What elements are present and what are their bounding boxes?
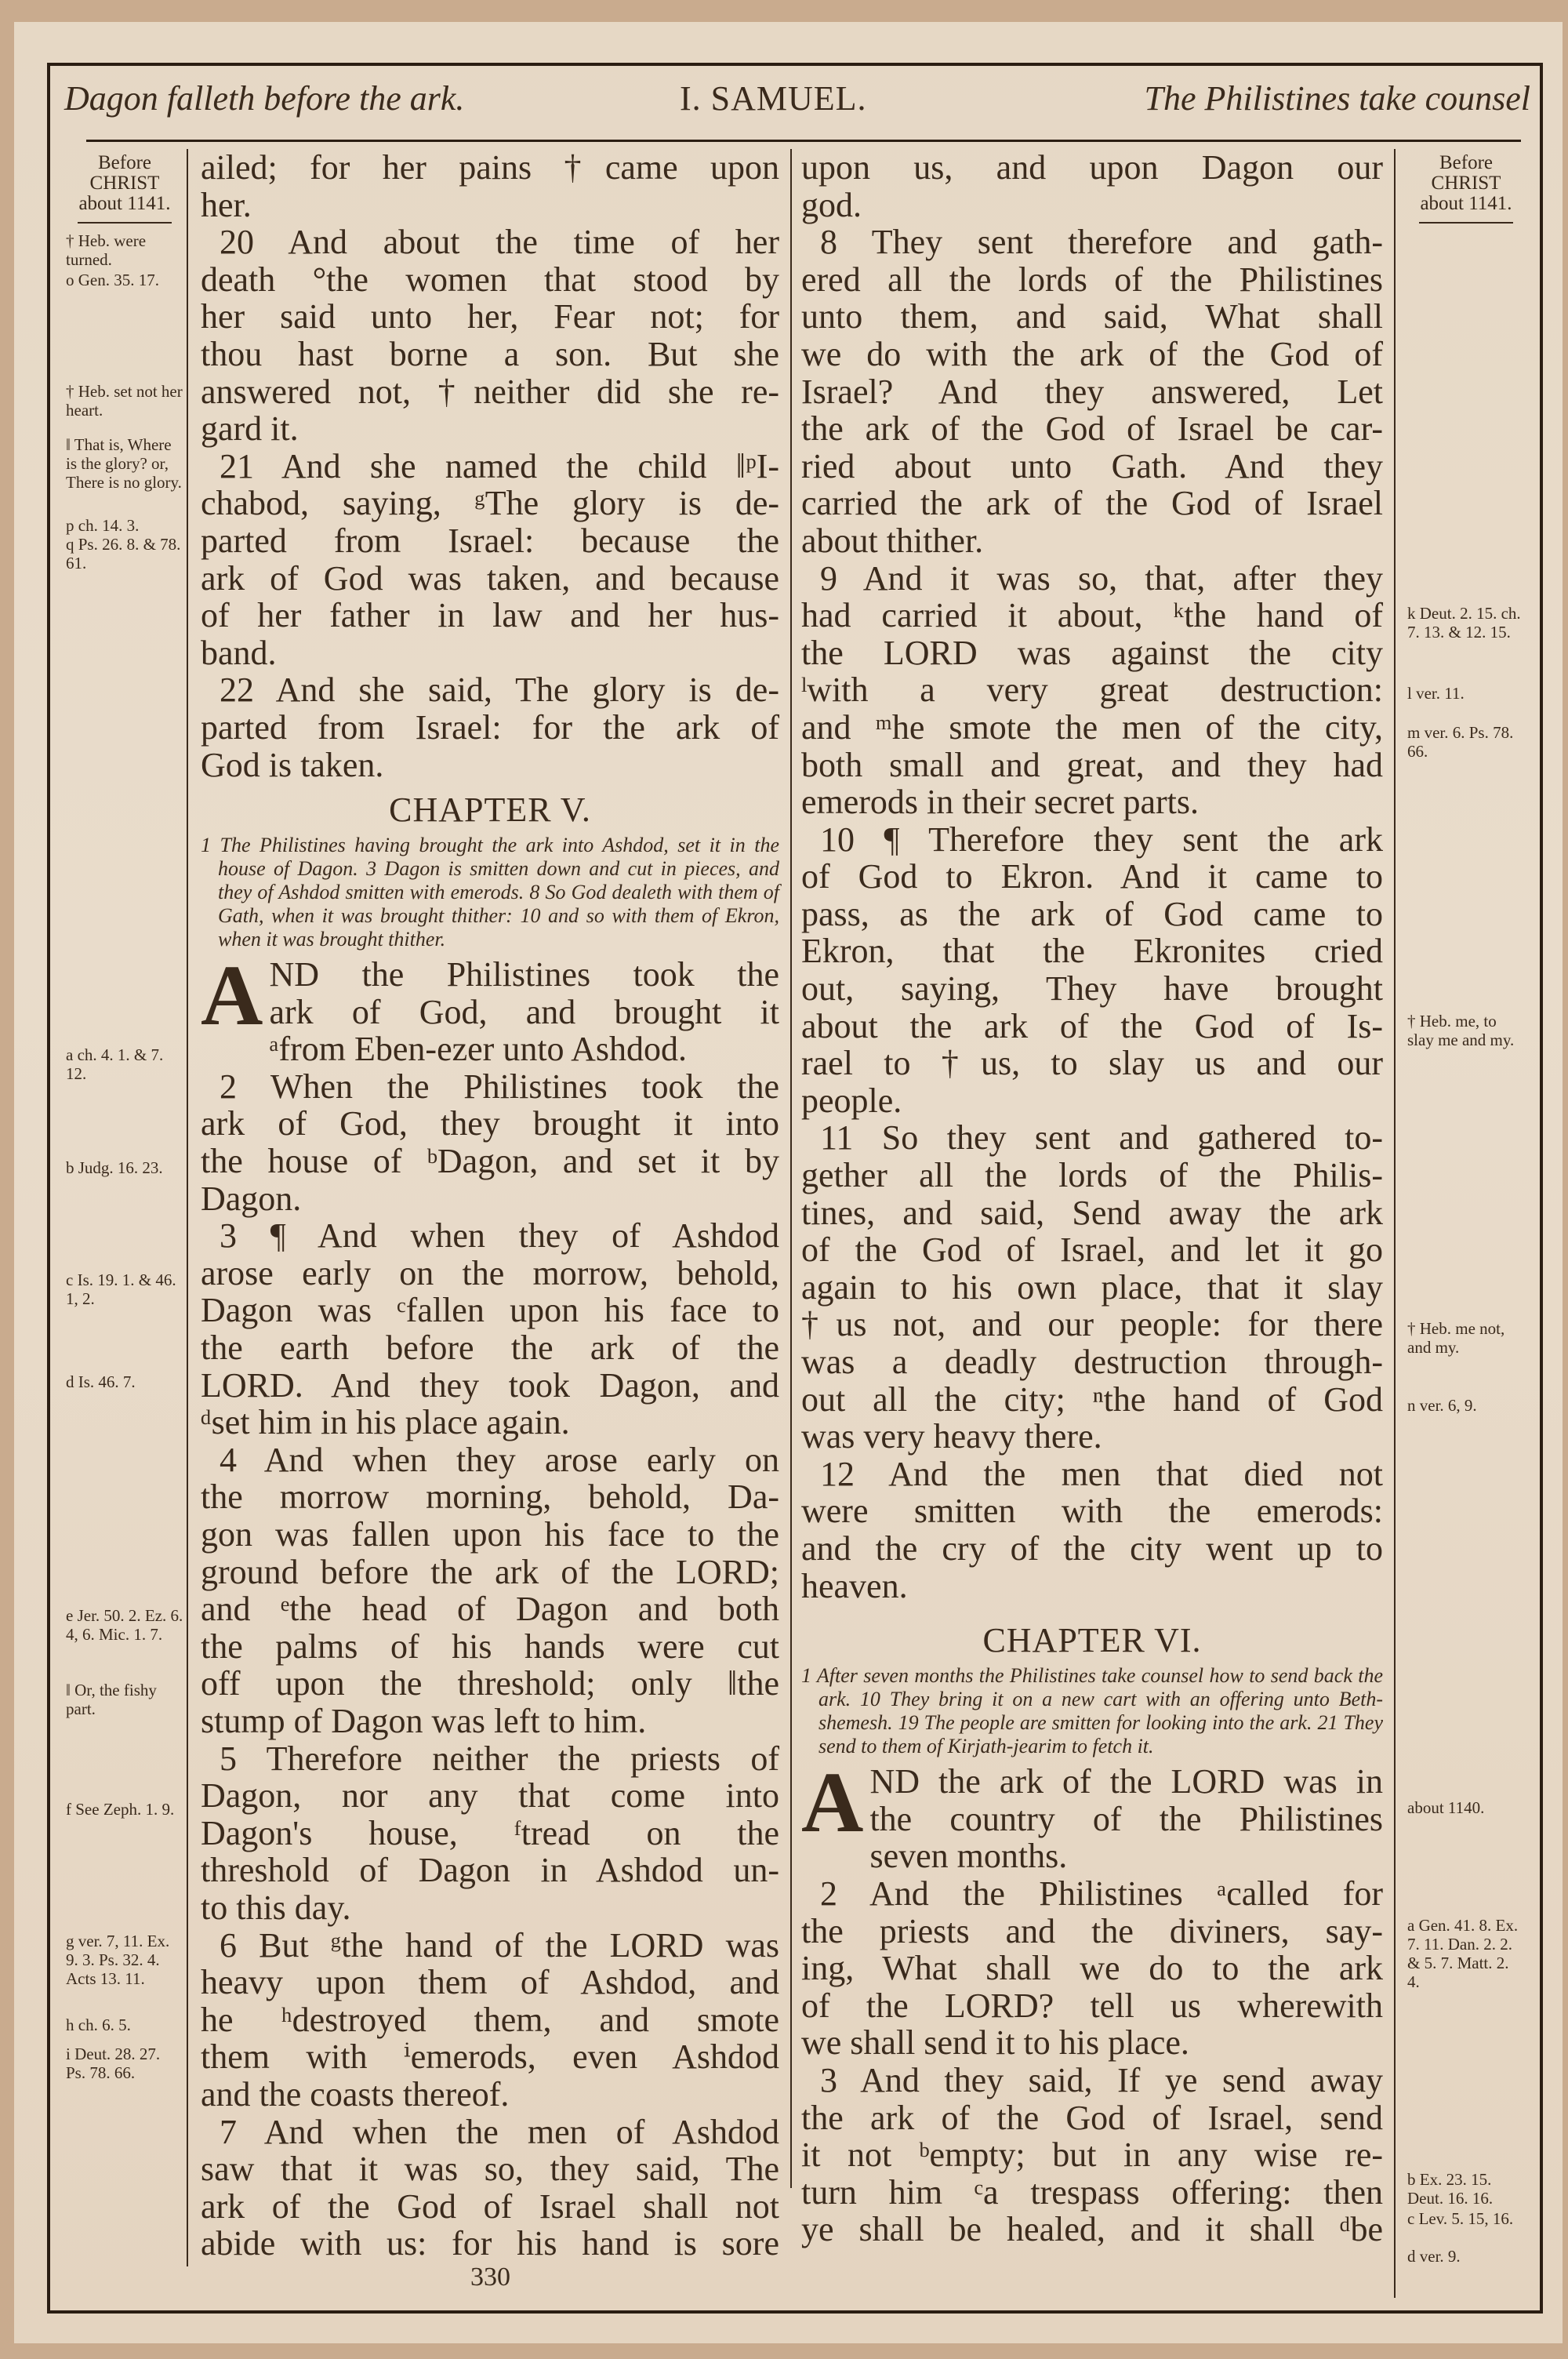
text-line: 5 Therefore neither the priests of <box>201 1740 779 1778</box>
text-line: gard it. <box>201 410 779 448</box>
text-line: 8 They sent therefore and gath- <box>801 224 1383 261</box>
text-line: off upon the threshold; only ‖the <box>201 1665 779 1703</box>
verse-lines: upon us, and upon Dagon ourgod.8 They se… <box>801 149 1383 1605</box>
text-line: 2 When the Philistines took the <box>201 1068 779 1106</box>
text-line: again to his own place, that it slay <box>801 1269 1383 1307</box>
text-line: †us not, and our people: for there <box>801 1306 1383 1343</box>
text-line: ᵈset him in his place again. <box>201 1404 779 1441</box>
margin-note: † Heb. me, to slay me and my. <box>1407 1012 1525 1049</box>
text-line: Dagon was ᶜfallen upon his face to <box>201 1292 779 1329</box>
text-line: parted from Israel: for the ark of <box>201 709 779 747</box>
margin-note: c Lev. 5. 15, 16. <box>1407 2209 1525 2228</box>
text-line: of her father in law and her hus- <box>201 597 779 634</box>
text-line: the morrow morning, behold, Da- <box>201 1478 779 1516</box>
page-number: 330 <box>470 2263 510 2292</box>
text-line: the ark of the God of Israel, send <box>801 2099 1383 2137</box>
text-line: we shall send it to his place. <box>801 2024 1383 2062</box>
date-christ: CHRIST <box>66 173 183 194</box>
text-line: out, saying, They have brought <box>801 970 1383 1008</box>
margin-note: a ch. 4. 1. & 7. 12. <box>66 1045 183 1083</box>
date-year: about 1141. <box>66 194 183 214</box>
text-line: we do with the ark of the God of <box>801 336 1383 373</box>
text-line: death °the women that stood by <box>201 261 779 299</box>
text-line: Dagon's house, ᶠtread on the <box>201 1815 779 1852</box>
text-line: Israel? And they answered, Let <box>801 373 1383 411</box>
text-line: and ᵐhe smote the men of the city, <box>801 709 1383 747</box>
book-title: I. SAMUEL. <box>680 75 867 122</box>
text-line: it not ᵇempty; but in any wise re- <box>801 2136 1383 2174</box>
margin-note: a Gen. 41. 8. Ex. 7. 11. Dan. 2. 2. & 5.… <box>1407 1916 1525 1991</box>
text-line: unto them, and said, What shall <box>801 298 1383 336</box>
text-line: heaven. <box>801 1568 1383 1605</box>
text-line: tines, and said, Send away the ark <box>801 1194 1383 1232</box>
text-line: rael to †us, to slay us and our <box>801 1045 1383 1082</box>
margin-note: m ver. 6. Ps. 78. 66. <box>1407 723 1525 761</box>
margin-note: ‖ Or, the fishy part. <box>66 1681 183 1718</box>
text-line: abide with us: for his hand is sore <box>201 2225 779 2263</box>
margin-note: e Jer. 50. 2. Ez. 6. 4, 6. Mic. 1. 7. <box>66 1606 183 1644</box>
text-line: parted from Israel: because the <box>201 522 779 560</box>
header-right-caption: The Philistines take counsel <box>1145 75 1530 122</box>
text-line: pass, as the ark of God came to <box>801 896 1383 933</box>
text-line: them with ⁱemerods, even Ashdod <box>201 2038 779 2076</box>
text-line: 12 And the men that died not <box>801 1456 1383 1493</box>
text-line: 6 But ᵍthe hand of the LORD was <box>201 1927 779 1965</box>
text-line: both small and great, and they had <box>801 747 1383 784</box>
text-line: upon us, and upon Dagon our <box>801 149 1383 187</box>
text-line: 22 And she said, The glory is de- <box>201 671 779 709</box>
date-year: about 1141. <box>1407 194 1525 214</box>
text-line: ered all the lords of the Philistines <box>801 261 1383 299</box>
text-line: the LORD was against the city <box>801 634 1383 672</box>
margin-note: f See Zeph. 1. 9. <box>66 1800 183 1819</box>
text-line: was very heavy there. <box>801 1418 1383 1456</box>
left-margin-rule <box>187 149 188 2266</box>
text-line: the house of ᵇDagon, and set it by <box>201 1143 779 1180</box>
header-left-caption: Dagon falleth before the ark. <box>64 75 464 122</box>
left-margin-notes: Before CHRIST about 1141. † Heb. were tu… <box>66 153 183 224</box>
margin-note: h ch. 6. 5. <box>66 2016 183 2034</box>
text-line: thou hast borne a son. But she <box>201 336 779 373</box>
text-line: LORD. And they took Dagon, and <box>201 1367 779 1405</box>
text-line: ark of God, they brought it into <box>201 1105 779 1143</box>
margin-note: i Deut. 28. 27. Ps. 78. 66. <box>66 2045 183 2082</box>
date-block-left: Before CHRIST about 1141. <box>66 153 183 224</box>
text-line: the palms of his hands were cut <box>201 1628 779 1666</box>
text-line: of God to Ekron. And it came to <box>801 858 1383 896</box>
chapter-opening: A ND the ark of the LORD was inthe count… <box>801 1763 1383 2248</box>
margin-note: q Ps. 26. 8. & 78. 61. <box>66 535 183 572</box>
text-line: 7 And when the men of Ashdod <box>201 2114 779 2151</box>
chapter-title: CHAPTER V. <box>201 787 779 834</box>
margin-note: d ver. 9. <box>1407 2247 1525 2266</box>
margin-note: g ver. 7, 11. Ex. 9. 3. Ps. 32. 4. Acts … <box>66 1932 183 1988</box>
text-line: answered not, †neither did she re- <box>201 373 779 411</box>
text-line: the earth before the ark of the <box>201 1329 779 1367</box>
center-column-rule <box>790 149 792 2188</box>
text-line: saw that it was so, they said, The <box>201 2150 779 2188</box>
text-line: of the God of Israel, and let it go <box>801 1231 1383 1269</box>
text-line: seven months. <box>801 1837 1383 1875</box>
margin-note: k Deut. 2. 15. ch. 7. 13. & 12. 15. <box>1407 604 1525 642</box>
drop-cap: A <box>801 1766 863 1838</box>
text-line: ailed; for her pains †came upon <box>201 149 779 187</box>
text-line: emerods in their secret parts. <box>801 783 1383 821</box>
text-column-right: upon us, and upon Dagon ourgod.8 They se… <box>801 149 1383 2248</box>
text-line: threshold of Dagon in Ashdod un- <box>201 1852 779 1889</box>
text-line: the country of the Philistines <box>801 1801 1383 1838</box>
verse-lines: ND the Philistines took theark of God, a… <box>201 956 779 2263</box>
margin-note: o Gen. 35. 17. <box>66 271 183 289</box>
text-line: of the LORD? tell us wherewith <box>801 1987 1383 2025</box>
text-line: ND the ark of the LORD was in <box>801 1763 1383 1801</box>
text-line: 3 And they said, If ye send away <box>801 2062 1383 2099</box>
text-line: ark of God, and brought it <box>201 994 779 1031</box>
text-line: ing, What shall we do to the ark <box>801 1950 1383 1987</box>
text-line: gon was fallen upon his face to the <box>201 1516 779 1554</box>
text-line: her said unto her, Fear not; for <box>201 298 779 336</box>
text-line: Dagon. <box>201 1180 779 1218</box>
text-line: 4 And when they arose early on <box>201 1441 779 1479</box>
text-line: about thither. <box>801 522 1383 560</box>
header-rule <box>86 140 1521 142</box>
margin-note: † Heb. me not, and my. <box>1407 1319 1525 1357</box>
text-line: Ekron, that the Ekronites cried <box>801 932 1383 970</box>
text-line: about the ark of the God of Is- <box>801 1008 1383 1045</box>
text-line: 20 And about the time of her <box>201 224 779 261</box>
text-line: was a deadly destruction through- <box>801 1343 1383 1381</box>
text-line: chabod, saying, ᵍThe glory is de- <box>201 485 779 522</box>
text-line: 21 And she named the child ‖ᵖI- <box>201 448 779 485</box>
right-margin-rule <box>1394 149 1396 2298</box>
text-line: 11 So they sent and gathered to- <box>801 1119 1383 1157</box>
text-line: turn him ᶜa trespass offering: then <box>801 2174 1383 2212</box>
margin-note: b Judg. 16. 23. <box>66 1158 183 1177</box>
drop-cap: A <box>201 959 263 1031</box>
text-line: out all the city; ⁿthe hand of God <box>801 1381 1383 1419</box>
text-line: people. <box>801 1082 1383 1120</box>
text-line: band. <box>201 634 779 672</box>
text-line: god. <box>801 187 1383 224</box>
text-line: 10 ¶ Therefore they sent the ark <box>801 821 1383 859</box>
running-header: Dagon falleth before the ark. I. SAMUEL.… <box>64 75 1530 122</box>
chapter-summary: 1 After seven months the Philistines tak… <box>801 1664 1383 1758</box>
text-line: ground before the ark of the LORD; <box>201 1554 779 1591</box>
date-rule <box>78 222 172 224</box>
text-line: 9 And it was so, that, after they <box>801 560 1383 598</box>
margin-note: ‖ That is, Where is the glory? or, There… <box>66 435 183 492</box>
margin-note: b Ex. 23. 15. Deut. 16. 16. <box>1407 2170 1525 2208</box>
text-line: he ʰdestroyed them, and smote <box>201 2001 779 2039</box>
margin-note: † Heb. were turned. <box>66 231 183 269</box>
margin-note: c Is. 19. 1. & 46. 1, 2. <box>66 1270 183 1308</box>
margin-note: † Heb. set not her heart. <box>66 382 183 420</box>
text-line: the priests and the diviners, say- <box>801 1913 1383 1950</box>
margin-note: l ver. 11. <box>1407 684 1525 703</box>
text-line: stump of Dagon was left to him. <box>201 1703 779 1740</box>
text-line: ye shall be healed, and it shall ᵈbe <box>801 2211 1383 2248</box>
text-line: heavy upon them of Ashdod, and <box>201 1964 779 2001</box>
margin-note: n ver. 6, 9. <box>1407 1396 1525 1415</box>
text-line: ND the Philistines took the <box>201 956 779 994</box>
date-block-right: Before CHRIST about 1141. <box>1407 153 1525 224</box>
verse-lines: ailed; for her pains †came uponher.20 An… <box>201 149 779 783</box>
margin-note: p ch. 14. 3. <box>66 516 183 535</box>
chapter-title: CHAPTER VI. <box>801 1617 1383 1664</box>
text-line: gether all the lords of the Philis- <box>801 1157 1383 1194</box>
text-line: ark of the God of Israel shall not <box>201 2188 779 2226</box>
chapter-summary: 1 The Philistines having brought the ark… <box>201 834 779 951</box>
date-christ: CHRIST <box>1407 173 1525 194</box>
text-line: God is taken. <box>201 747 779 784</box>
text-line: had carried it about, ᵏthe hand of <box>801 597 1383 634</box>
text-line: 3 ¶ And when they of Ashdod <box>201 1217 779 1255</box>
chapter-opening: A ND the Philistines took theark of God,… <box>201 956 779 2263</box>
margin-note: d Is. 46. 7. <box>66 1372 183 1391</box>
text-line: the ark of the God of Israel be car- <box>801 410 1383 448</box>
date-before: Before <box>66 153 183 173</box>
text-line: arose early on the morrow, behold, <box>201 1255 779 1292</box>
text-line: ˡwith a very great destruction: <box>801 671 1383 709</box>
text-line: 2 And the Philistines ᵃcalled for <box>801 1875 1383 1913</box>
text-line: ᵃfrom Eben-ezer unto Ashdod. <box>201 1030 779 1068</box>
text-line: Dagon, nor any that come into <box>201 1777 779 1815</box>
text-line: ried about unto Gath. And they <box>801 448 1383 485</box>
date-rule <box>1419 222 1513 224</box>
text-line: her. <box>201 187 779 224</box>
right-margin-notes: Before CHRIST about 1141. k Deut. 2. 15.… <box>1407 153 1525 224</box>
text-line: were smitten with the emerods: <box>801 1492 1383 1530</box>
text-line: and ᵉthe head of Dagon and both <box>201 1590 779 1628</box>
date-before: Before <box>1407 153 1525 173</box>
text-line: and the coasts thereof. <box>201 2076 779 2114</box>
text-column-left: ailed; for her pains †came uponher.20 An… <box>201 149 779 2263</box>
text-line: carried the ark of the God of Israel <box>801 485 1383 522</box>
margin-note: about 1140. <box>1407 1798 1525 1817</box>
verse-lines: ND the ark of the LORD was inthe country… <box>801 1763 1383 2248</box>
text-line: to this day. <box>201 1889 779 1927</box>
text-line: ark of God was taken, and because <box>201 560 779 598</box>
text-line: and the cry of the city went up to <box>801 1530 1383 1568</box>
